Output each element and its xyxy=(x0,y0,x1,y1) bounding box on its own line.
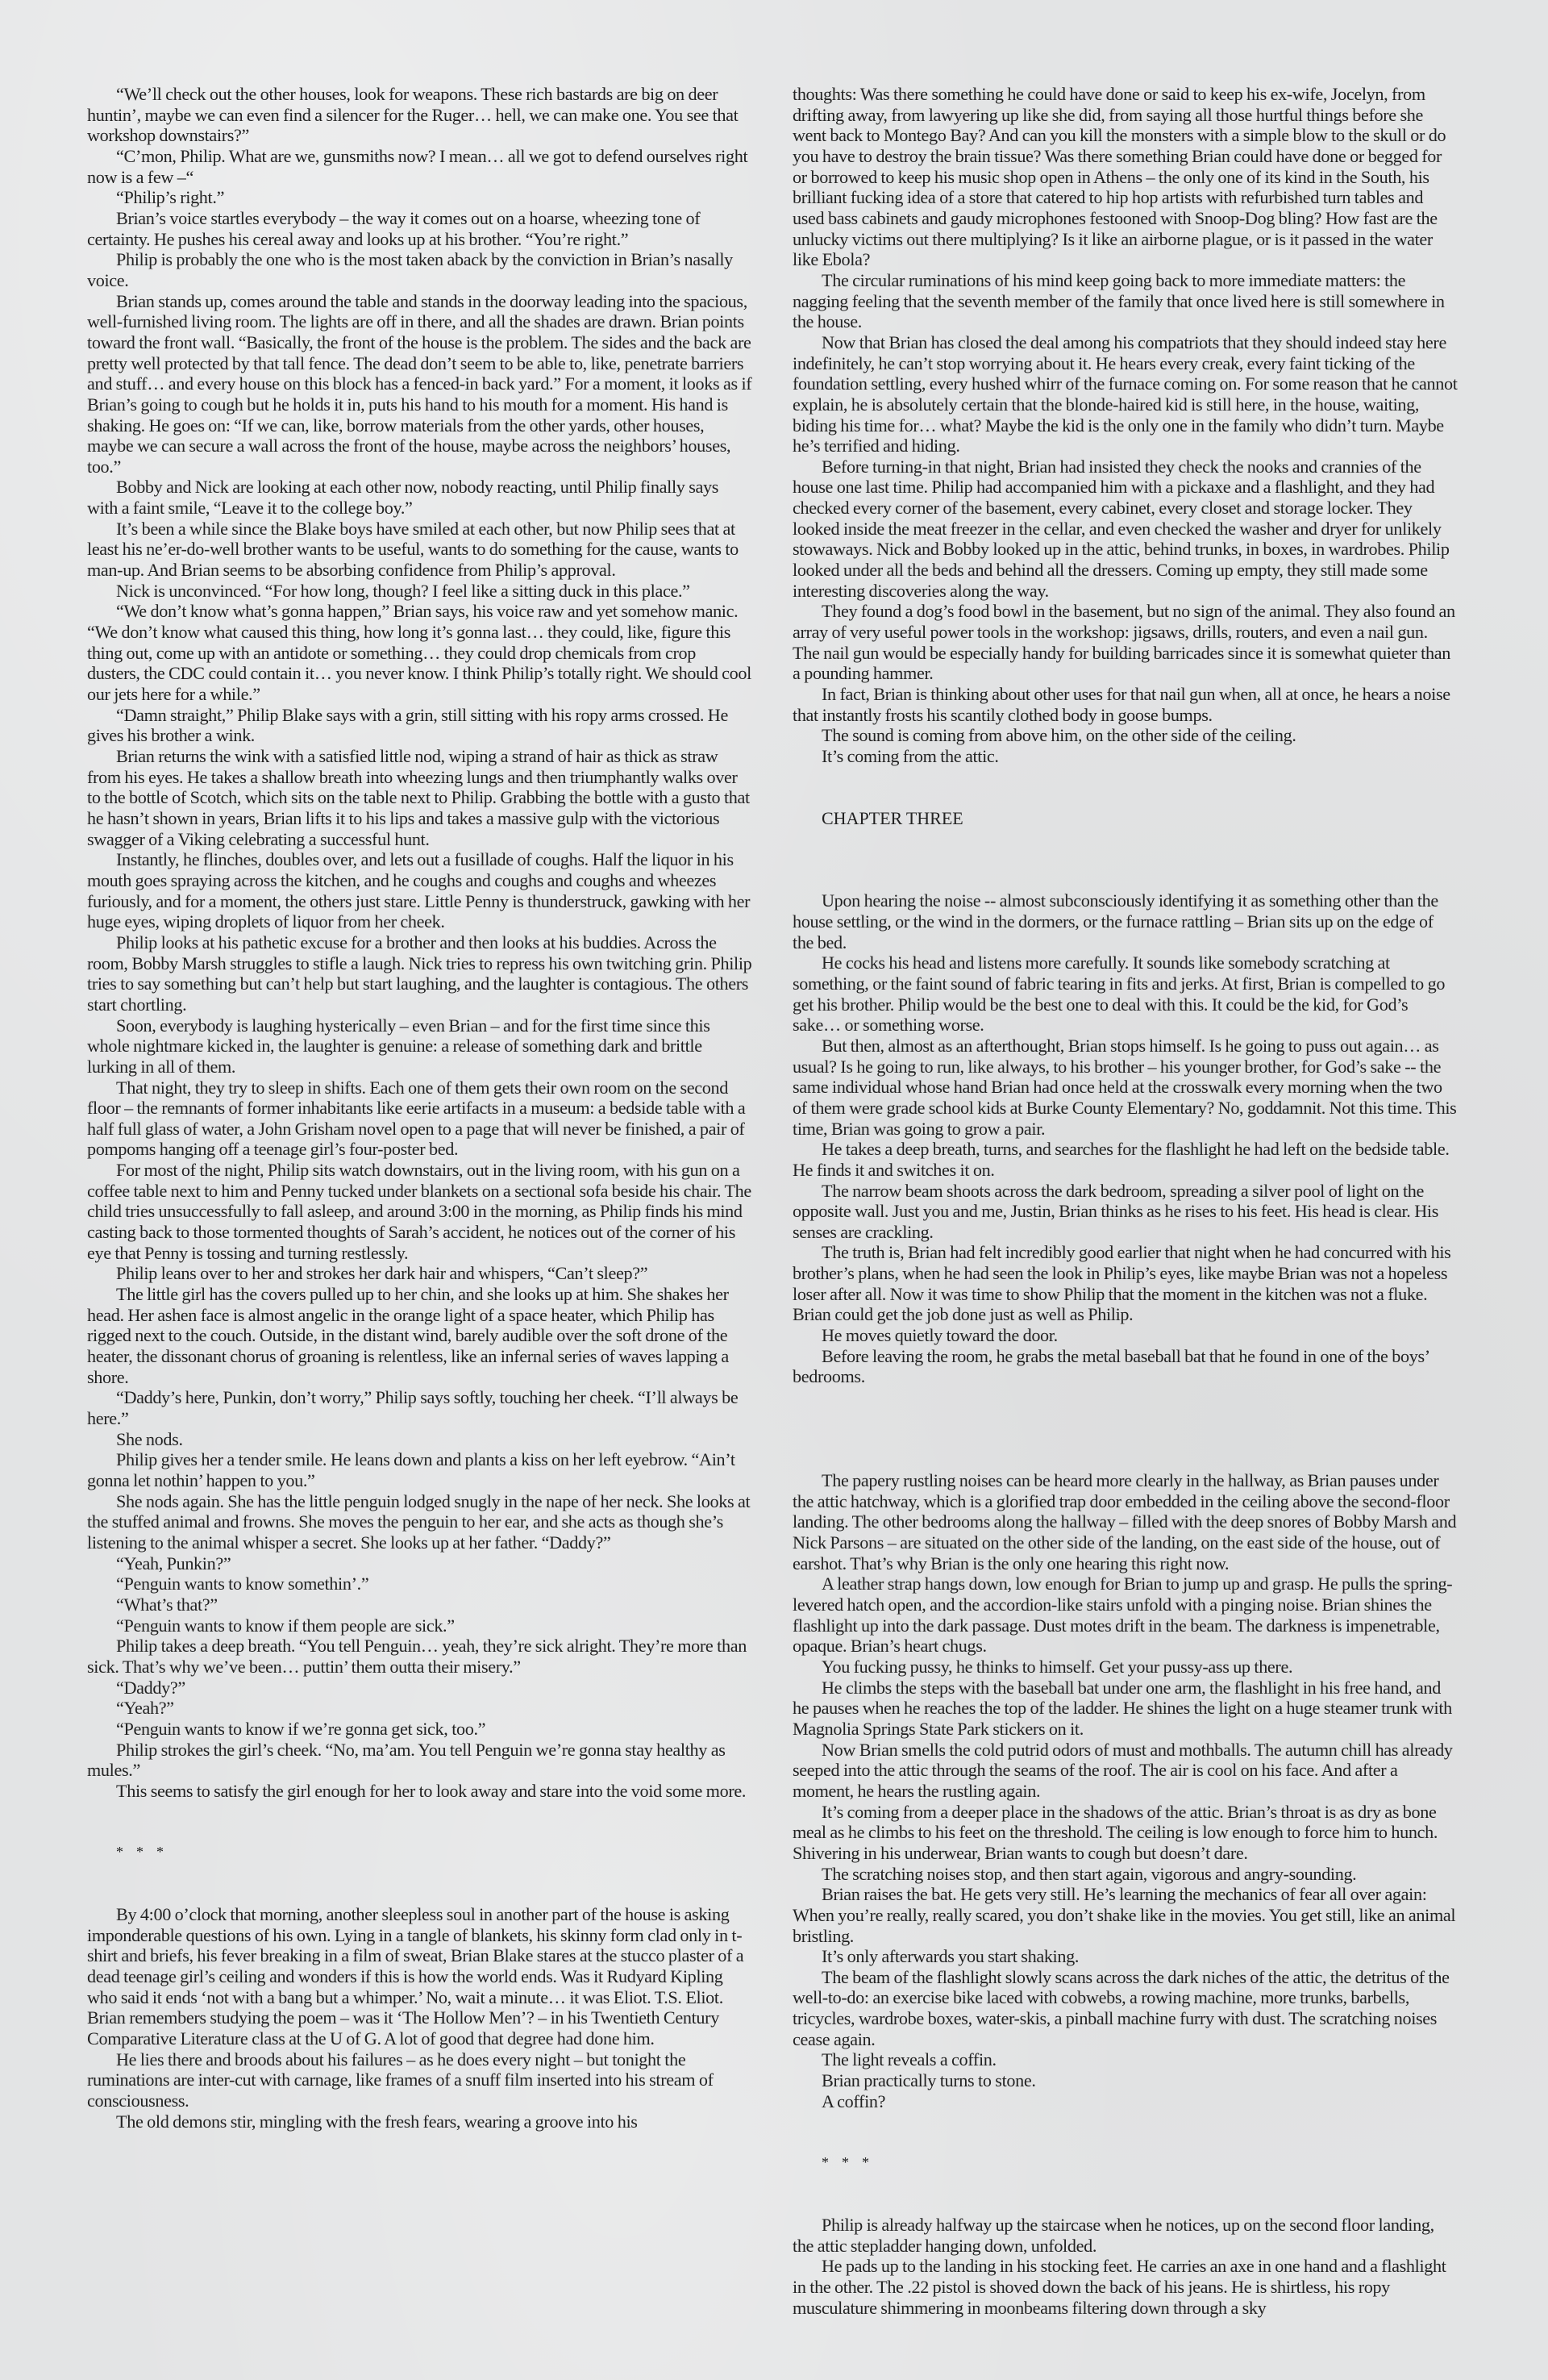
paragraph: He cocks his head and listens more caref… xyxy=(793,952,1458,1036)
paragraph: “Daddy?” xyxy=(87,1678,752,1699)
paragraph: Philip strokes the girl’s cheek. “No, ma… xyxy=(87,1740,752,1781)
left-paragraphs-a: “We’ll check out the other houses, look … xyxy=(87,84,752,1801)
paragraph: It’s only afterwards you start shaking. xyxy=(793,1946,1458,1967)
paragraph: A coffin? xyxy=(793,2091,1458,2112)
spacer xyxy=(793,1387,1458,1470)
paragraph: Brian stands up, comes around the table … xyxy=(87,291,752,477)
paragraph: In fact, Brian is thinking about other u… xyxy=(793,684,1458,725)
paragraph: Now Brian smells the cold putrid odors o… xyxy=(793,1740,1458,1802)
paragraph: He moves quietly toward the door. xyxy=(793,1325,1458,1346)
scene-break: * * * xyxy=(793,2153,1458,2174)
paragraph: Brian’s voice startles everybody – the w… xyxy=(87,208,752,249)
paragraph: thoughts: Was there something he could h… xyxy=(793,84,1458,270)
paragraph: But then, almost as an afterthought, Bri… xyxy=(793,1036,1458,1139)
paragraph: Philip is probably the one who is the mo… xyxy=(87,249,752,290)
scene-break: * * * xyxy=(87,1842,752,1863)
paragraph: The narrow beam shoots across the dark b… xyxy=(793,1181,1458,1243)
paragraph: Soon, everybody is laughing hysterically… xyxy=(87,1015,752,1077)
right-paragraphs-a: thoughts: Was there something he could h… xyxy=(793,84,1458,767)
paragraph: The light reveals a coffin. xyxy=(793,2049,1458,2070)
paragraph: The scratching noises stop, and then sta… xyxy=(793,1864,1458,1885)
paragraph: Philip gives her a tender smile. He lean… xyxy=(87,1449,752,1490)
paragraph: Nick is unconvinced. “For how long, thou… xyxy=(87,581,752,602)
paragraph: It’s coming from the attic. xyxy=(793,746,1458,767)
paragraph: “Yeah, Punkin?” xyxy=(87,1553,752,1574)
left-paragraphs-b: By 4:00 o’clock that morning, another sl… xyxy=(87,1904,752,2132)
paragraph: She nods again. She has the little pengu… xyxy=(87,1491,752,1553)
paragraph: By 4:00 o’clock that morning, another sl… xyxy=(87,1904,752,2049)
paragraph: The sound is coming from above him, on t… xyxy=(793,725,1458,746)
paragraph: “Yeah?” xyxy=(87,1698,752,1719)
paragraph: The old demons stir, mingling with the f… xyxy=(87,2111,752,2132)
paragraph: It’s coming from a deeper place in the s… xyxy=(793,1802,1458,1864)
spacer xyxy=(793,828,1458,890)
right-paragraphs-b: Upon hearing the noise -- almost subcons… xyxy=(793,890,1458,1387)
paragraph: “We’ll check out the other houses, look … xyxy=(87,84,752,146)
paragraph: The little girl has the covers pulled up… xyxy=(87,1284,752,1387)
paragraph: The circular ruminations of his mind kee… xyxy=(793,270,1458,332)
paragraph: Before leaving the room, he grabs the me… xyxy=(793,1346,1458,1387)
paragraph: Philip is already halfway up the stairca… xyxy=(793,2215,1458,2256)
paragraph: “Philip’s right.” xyxy=(87,187,752,208)
paragraph: She nods. xyxy=(87,1429,752,1450)
paragraph: The beam of the flashlight slowly scans … xyxy=(793,1967,1458,2050)
paragraph: “Penguin wants to know if we’re gonna ge… xyxy=(87,1719,752,1740)
paragraph: Brian practically turns to stone. xyxy=(793,2070,1458,2091)
spacer xyxy=(793,2174,1458,2215)
paragraph: “C’mon, Philip. What are we, gunsmiths n… xyxy=(87,146,752,187)
spacer xyxy=(87,1863,752,1904)
paragraph: It’s been a while since the Blake boys h… xyxy=(87,519,752,581)
paragraph: Bobby and Nick are looking at each other… xyxy=(87,477,752,518)
spacer xyxy=(793,2111,1458,2153)
paragraph: Philip looks at his pathetic excuse for … xyxy=(87,932,752,1015)
paragraph: They found a dog’s food bowl in the base… xyxy=(793,601,1458,684)
chapter-heading: CHAPTER THREE xyxy=(793,808,1458,829)
paragraph: For most of the night, Philip sits watch… xyxy=(87,1160,752,1263)
paragraph: The truth is, Brian had felt incredibly … xyxy=(793,1242,1458,1325)
paragraph: “Penguin wants to know if them people ar… xyxy=(87,1615,752,1636)
paragraph: That night, they try to sleep in shifts.… xyxy=(87,1077,752,1161)
paragraph: He takes a deep breath, turns, and searc… xyxy=(793,1139,1458,1180)
paragraph: Before turning-in that night, Brian had … xyxy=(793,456,1458,602)
paragraph: A leather strap hangs down, low enough f… xyxy=(793,1573,1458,1657)
paragraph: Philip leans over to her and strokes her… xyxy=(87,1263,752,1284)
paragraph: Now that Brian has closed the deal among… xyxy=(793,332,1458,456)
paragraph: He pads up to the landing in his stockin… xyxy=(793,2256,1458,2318)
paragraph: He lies there and broods about his failu… xyxy=(87,2049,752,2111)
right-paragraphs-d: Philip is already halfway up the stairca… xyxy=(793,2215,1458,2318)
paragraph: Philip takes a deep breath. “You tell Pe… xyxy=(87,1636,752,1677)
spacer xyxy=(793,767,1458,808)
spacer xyxy=(87,1801,752,1842)
paragraph: Brian returns the wink with a satisfied … xyxy=(87,746,752,849)
paragraph: “What’s that?” xyxy=(87,1594,752,1615)
paragraph: Brian raises the bat. He gets very still… xyxy=(793,1884,1458,1946)
left-column: “We’ll check out the other houses, look … xyxy=(87,84,752,2132)
paragraph: You fucking pussy, he thinks to himself.… xyxy=(793,1657,1458,1678)
paragraph: “Daddy’s here, Punkin, don’t worry,” Phi… xyxy=(87,1387,752,1428)
paragraph: This seems to satisfy the girl enough fo… xyxy=(87,1781,752,1802)
paragraph: Instantly, he flinches, doubles over, an… xyxy=(87,849,752,932)
paragraph: “Damn straight,” Philip Blake says with … xyxy=(87,705,752,746)
right-column: thoughts: Was there something he could h… xyxy=(793,84,1458,2318)
paragraph: The papery rustling noises can be heard … xyxy=(793,1470,1458,1573)
paragraph: “Penguin wants to know somethin’.” xyxy=(87,1573,752,1594)
paragraph: He climbs the steps with the baseball ba… xyxy=(793,1678,1458,1740)
paragraph: “We don’t know what’s gonna happen,” Bri… xyxy=(87,601,752,704)
paragraph: Upon hearing the noise -- almost subcons… xyxy=(793,890,1458,952)
right-paragraphs-c: The papery rustling noises can be heard … xyxy=(793,1470,1458,2111)
